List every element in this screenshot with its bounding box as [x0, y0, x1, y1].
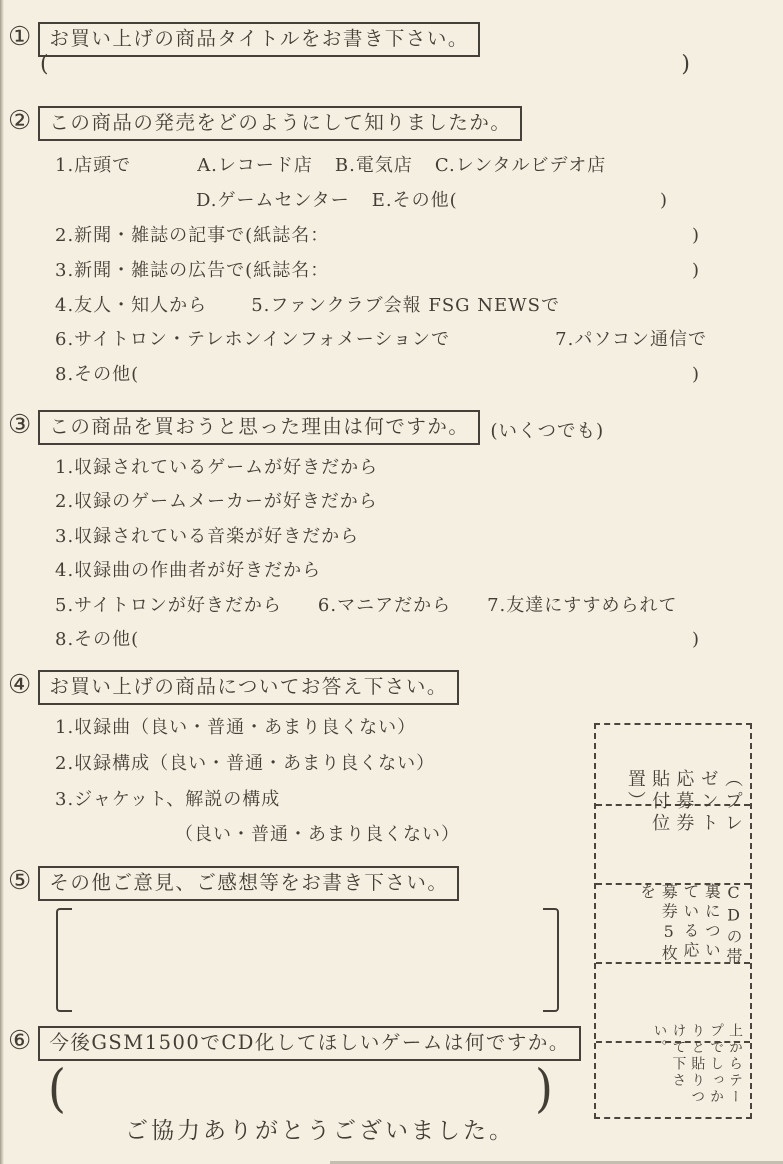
paren-close: ) — [692, 225, 700, 246]
question4-option-row: 2.収録構成（良い・普通・あまり良くない） — [55, 749, 435, 775]
question2-option-row: 1.店頭で A.レコード店 B.電気店 C.レンタルビデオ店 — [55, 151, 606, 177]
option-label: 8.その他( — [55, 625, 139, 651]
option-label: 7.パソコン通信で — [555, 325, 707, 351]
ticket-box-instruction-2: 上からテープでしっかりと貼りつけて下さい。 — [602, 975, 744, 1117]
question5-header: ⑤ その他ご意見、ご感想等をお書き下さい。 — [8, 866, 459, 901]
question6-number: ⑥ — [8, 1026, 31, 1057]
option-label: 8.その他( — [55, 360, 139, 386]
option-label: C.レンタルビデオ店 — [435, 151, 606, 177]
option-label: 6.サイトロン・テレホンインフォメーションで — [55, 325, 450, 351]
option-label: B.電気店 — [335, 151, 413, 177]
option-label: E.その他( — [372, 186, 458, 212]
question2-title: この商品の発売をどのようにして知りましたか。 — [38, 106, 522, 141]
paren-close: ) — [660, 190, 668, 211]
option-label: 3.収録されている音楽が好きだから — [55, 522, 359, 548]
ticket-box-title: （プレゼント応募券貼付位置） — [602, 725, 744, 853]
option-label: 2.収録構成（良い・普通・あまり良くない） — [55, 749, 435, 775]
survey-card: ① お買い上げの商品タイトルをお書き下さい。 ( ) ② この商品の発売をどのよ… — [0, 0, 783, 1164]
option-label: 6.マニアだから — [318, 591, 451, 617]
question3-option-row: 1.収録されているゲームが好きだから — [55, 453, 378, 479]
prize-ticket-attachment-box: （プレゼント応募券貼付位置） CDの帯裏についている応募券5枚を 上からテープで… — [594, 723, 752, 1119]
paren-close: ) — [535, 1058, 553, 1118]
question3-option-row: 4.収録曲の作曲者が好きだから — [55, 556, 321, 582]
question3-title: この商品を買おうと思った理由は何ですか。 — [38, 410, 480, 445]
option-label: 2.収録のゲームメーカーが好きだから — [55, 487, 378, 513]
option-label: 7.友達にすすめられて — [487, 591, 677, 617]
option-label: 2.新聞・雑誌の記事で(紙誌名： — [55, 221, 329, 247]
question2-option-row: 6.サイトロン・テレホンインフォメーションで 7.パソコン通信で — [55, 325, 707, 351]
thank-you-message: ご協力ありがとうございました。 — [80, 1112, 560, 1145]
question2-number: ② — [8, 106, 31, 137]
option-label: （良い・普通・あまり良くない） — [175, 820, 460, 846]
question2-option-row: 8.その他( ) — [55, 360, 700, 386]
question1-number: ① — [8, 22, 31, 53]
question3-option-row: 8.その他( ) — [55, 625, 700, 651]
question4-header: ④ お買い上げの商品についてお答え下さい。 — [8, 670, 459, 705]
option-label: D.ゲームセンター — [196, 186, 350, 212]
question3-option-row: 2.収録のゲームメーカーが好きだから — [55, 487, 378, 513]
question1-answer-area: ( ) — [40, 52, 690, 77]
option-label: A.レコード店 — [197, 151, 313, 177]
paren-open: ( — [48, 1058, 66, 1118]
ticket-box-instruction-1: CDの帯裏についている応募券5枚を — [602, 853, 744, 975]
question2-option-row: D.ゲームセンター E.その他( ) — [196, 186, 668, 212]
question4-option-row: 1.収録曲（良い・普通・あまり良くない） — [55, 713, 416, 739]
question5-number: ⑤ — [8, 866, 31, 897]
question5-title: その他ご意見、ご感想等をお書き下さい。 — [38, 866, 459, 901]
ticket-box-vertical-text: （プレゼント応募券貼付位置） CDの帯裏についている応募券5枚を 上からテープで… — [596, 725, 750, 1117]
comment-bracket-right — [543, 908, 559, 1012]
question4-title: お買い上げの商品についてお答え下さい。 — [38, 670, 459, 705]
option-label: 3.新聞・雑誌の広告で(紙誌名： — [55, 256, 329, 282]
question2-option-row: 4.友人・知人から 5.ファンクラブ会報 FSG NEWSで — [55, 291, 560, 317]
question4-option-row: （良い・普通・あまり良くない） — [175, 820, 460, 846]
option-label: 5.サイトロンが好きだから — [55, 591, 282, 617]
question3-option-row: 3.収録されている音楽が好きだから — [55, 522, 359, 548]
question3-number: ③ — [8, 410, 31, 441]
option-label: 4.友人・知人から — [55, 291, 207, 317]
option-label: 4.収録曲の作曲者が好きだから — [55, 556, 321, 582]
question6-title: 今後GSM1500でCD化してほしいゲームは何ですか。 — [38, 1026, 581, 1061]
question2-header: ② この商品の発売をどのようにして知りましたか。 — [8, 106, 522, 141]
option-label: 3.ジャケット、解説の構成 — [55, 785, 280, 811]
scan-edge-left — [0, 0, 4, 1164]
question6-answer-area: ( ) — [48, 1058, 553, 1118]
paren-close: ) — [681, 52, 690, 77]
paren-close: ) — [692, 629, 700, 650]
question2-option-row: 2.新聞・雑誌の記事で(紙誌名： ) — [55, 221, 700, 247]
comment-bracket-left — [56, 908, 72, 1012]
question4-option-row: 3.ジャケット、解説の構成 — [55, 785, 280, 811]
question3-header: ③ この商品を買おうと思った理由は何ですか。 (いくつでも) — [8, 410, 604, 445]
option-label: 5.ファンクラブ会報 FSG NEWSで — [251, 291, 560, 317]
question3-option-row: 5.サイトロンが好きだから 6.マニアだから 7.友達にすすめられて — [55, 591, 677, 617]
question2-option-row: 3.新聞・雑誌の広告で(紙誌名： ) — [55, 256, 700, 282]
option-label: 1.店頭で — [55, 151, 131, 177]
paren-close: ) — [692, 364, 700, 385]
paren-close: ) — [692, 260, 700, 281]
option-label: 1.収録曲（良い・普通・あまり良くない） — [55, 713, 416, 739]
option-label: 1.収録されているゲームが好きだから — [55, 453, 378, 479]
question4-number: ④ — [8, 670, 31, 701]
paren-open: ( — [40, 52, 49, 77]
question3-note: (いくつでも) — [490, 410, 604, 443]
question6-header: ⑥ 今後GSM1500でCD化してほしいゲームは何ですか。 — [8, 1026, 581, 1061]
